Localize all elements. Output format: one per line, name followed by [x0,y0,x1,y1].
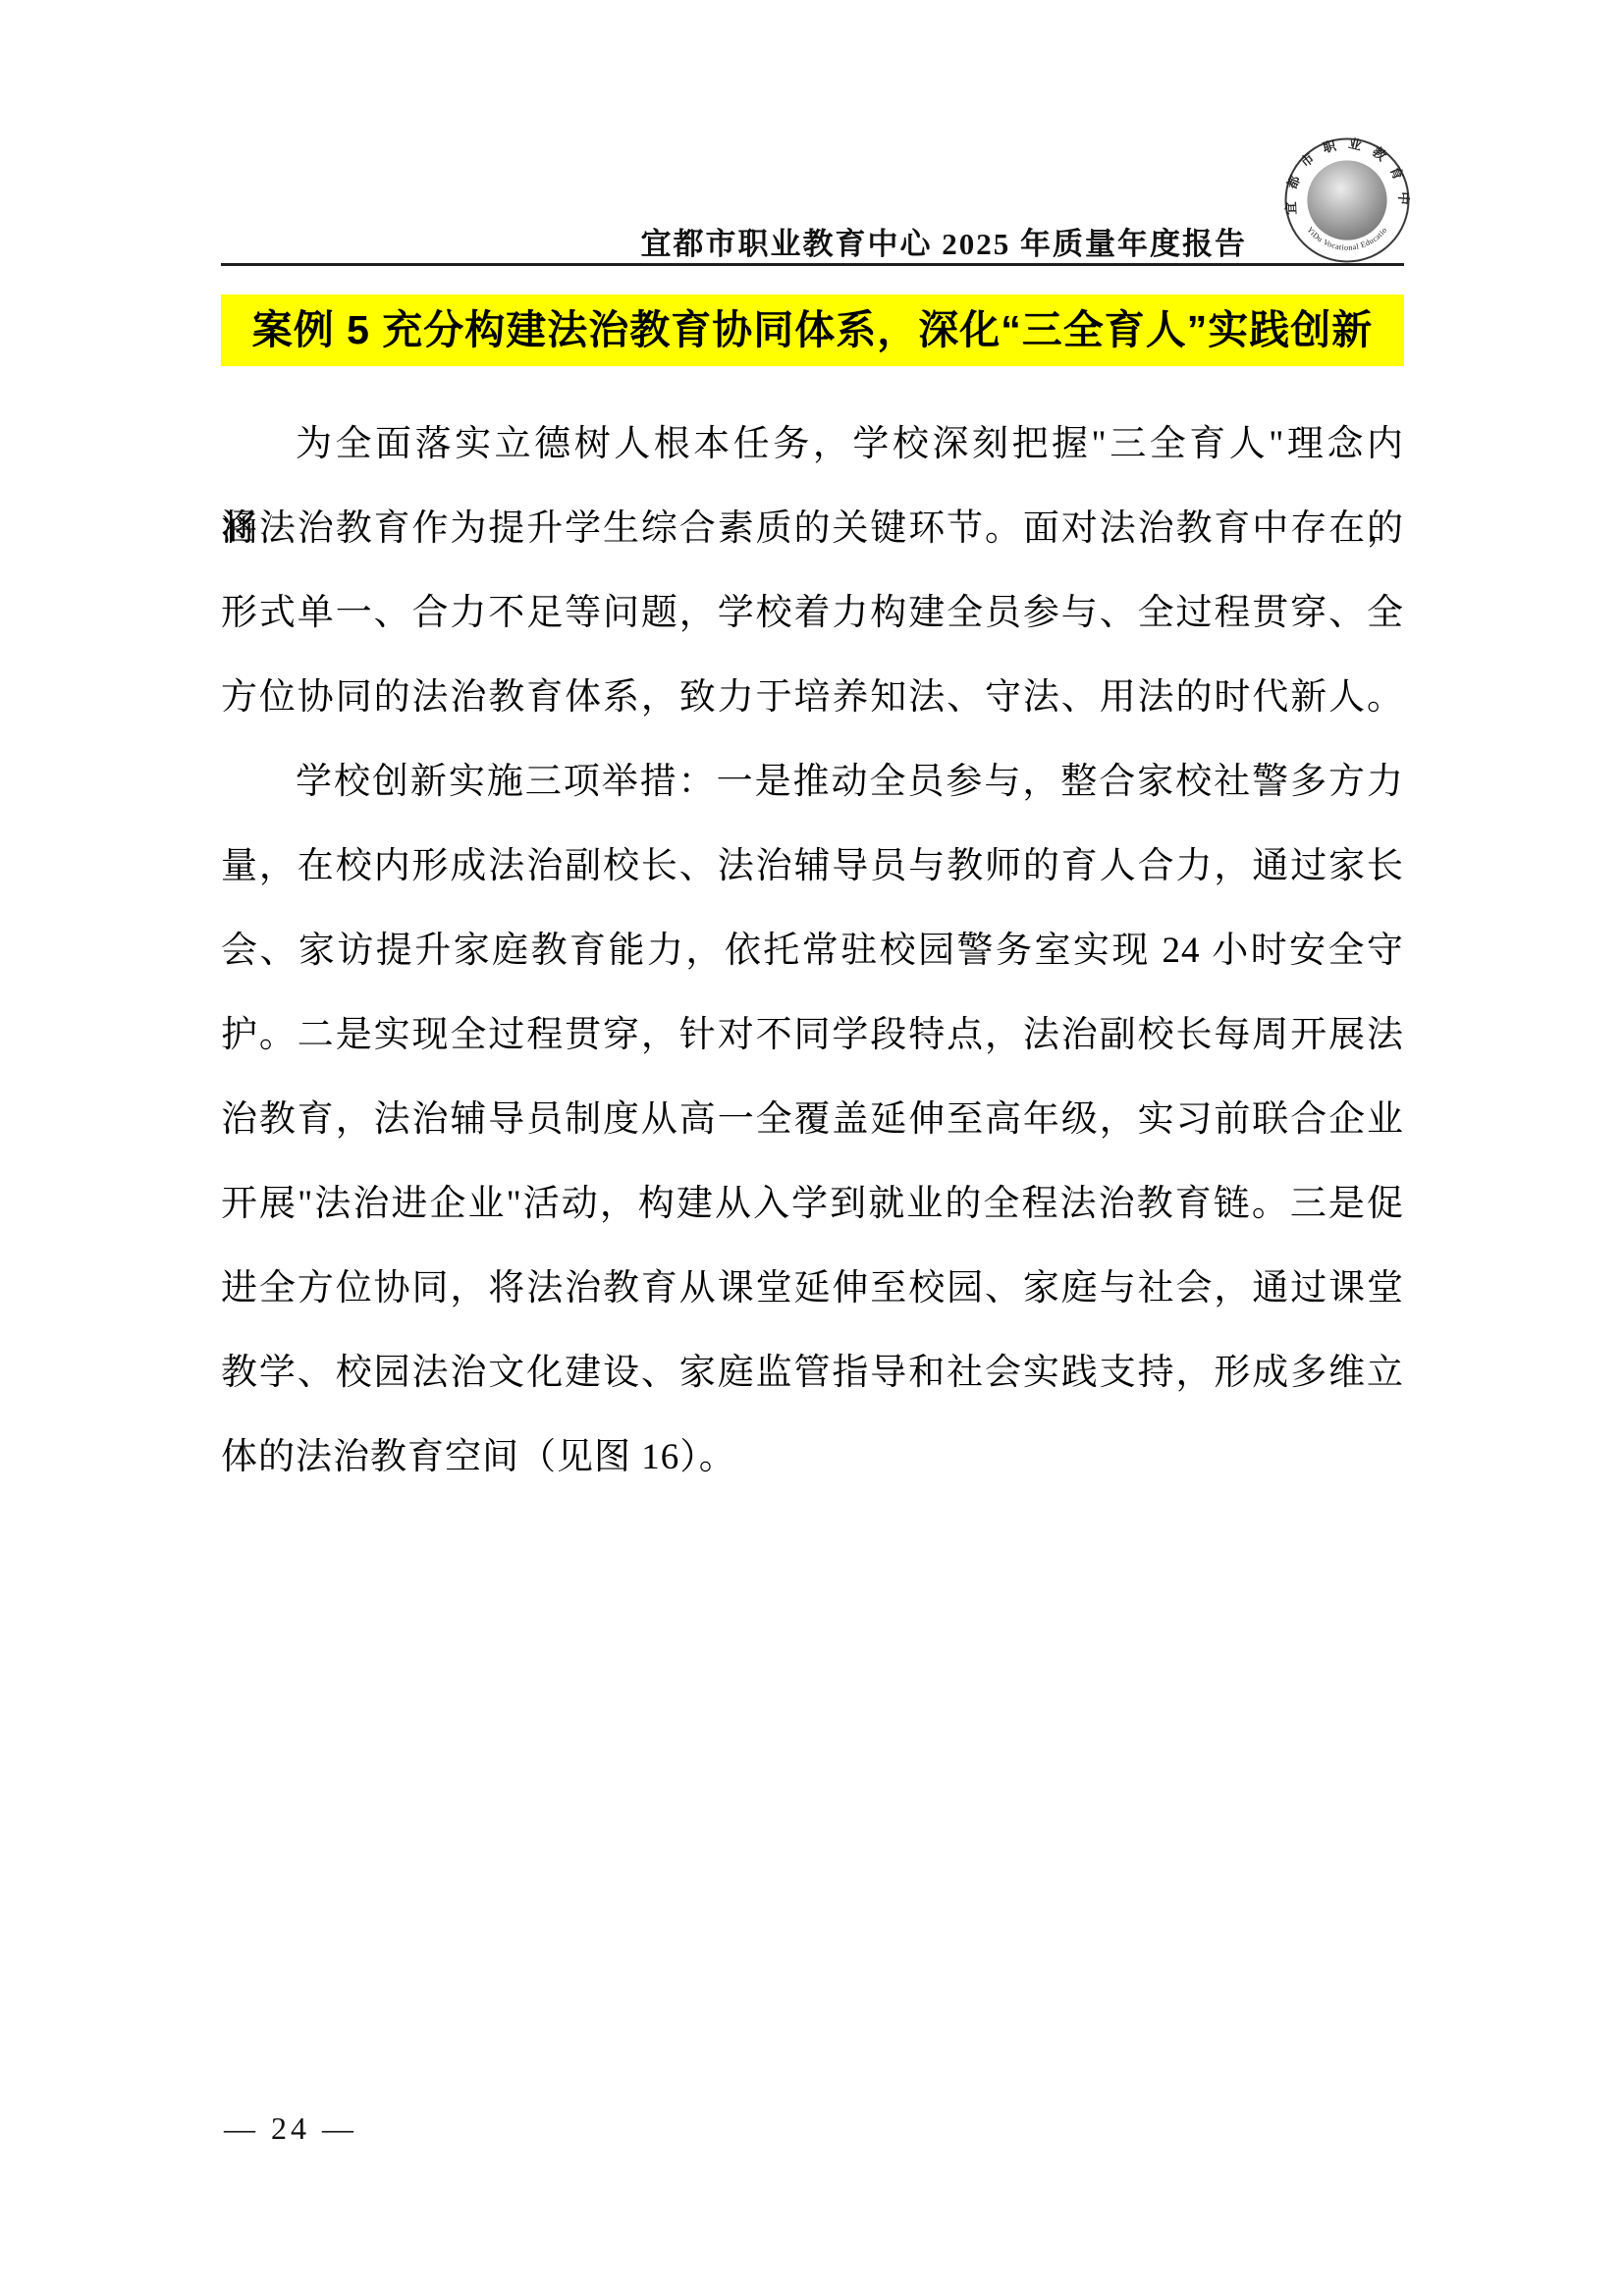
body-line: 会、家访提升家庭教育能力，依托常驻校园警务室实现 24 小时安全守 [221,909,1404,993]
body-line: 方位协同的法治教育体系，致力于培养知法、守法、用法的时代新人。 [221,656,1404,740]
body-line: 进全方位协同，将法治教育从课堂延伸至校园、家庭与社会，通过课堂 [221,1247,1404,1331]
body-line: 将法治教育作为提升学生综合素质的关键环节。面对法治教育中存在的 [221,487,1404,571]
seal-globe-sphere [1307,160,1386,240]
body-line: 学校创新实施三项举措：一是推动全员参与，整合家校社警多方力 [221,740,1404,825]
paragraph-1: 为全面落实立德树人根本任务，学校深刻把握"三全育人"理念内涵， 将法治教育作为提… [221,402,1404,740]
body-text: 为全面落实立德树人根本任务，学校深刻把握"三全育人"理念内涵， 将法治教育作为提… [221,402,1404,1500]
body-line: 量，在校内形成法治副校长、法治辅导员与教师的育人合力，通过家长 [221,825,1404,909]
school-seal-logo: 宜都市职业教育中心 YiDu Vocational Education Cent… [1284,137,1410,263]
body-line: 护。二是实现全过程贯穿，针对不同学段特点，法治副校长每周开展法 [221,993,1404,1078]
body-line: 教学、校园法治文化建设、家庭监管指导和社会实践支持，形成多维立 [221,1331,1404,1415]
page-number: — 24 — [224,2110,357,2147]
body-line: 为全面落实立德树人根本任务，学校深刻把握"三全育人"理念内涵， [221,402,1404,487]
paragraph-2: 学校创新实施三项举措：一是推动全员参与，整合家校社警多方力 量，在校内形成法治副… [221,740,1404,1500]
body-line: 开展"法治进企业"活动，构建从入学到就业的全程法治教育链。三是促 [221,1162,1404,1247]
header-title: 宜都市职业教育中心 2025 年质量年度报告 [641,219,1248,263]
document-page: 宜都市职业教育中心 2025 年质量年度报告 宜都市职业教育中心 YiDu Vo… [0,0,1624,2296]
case-title-highlighted: 案例 5 充分构建法治教育协同体系，深化“三全育人”实践创新 [221,294,1404,366]
header-divider-rule [221,263,1404,266]
body-line: 治教育，法治辅导员制度从高一全覆盖延伸至高年级，实习前联合企业 [221,1078,1404,1162]
body-line: 形式单一、合力不足等问题，学校着力构建全员参与、全过程贯穿、全 [221,571,1404,656]
body-line: 体的法治教育空间（见图 16）。 [221,1415,1404,1500]
